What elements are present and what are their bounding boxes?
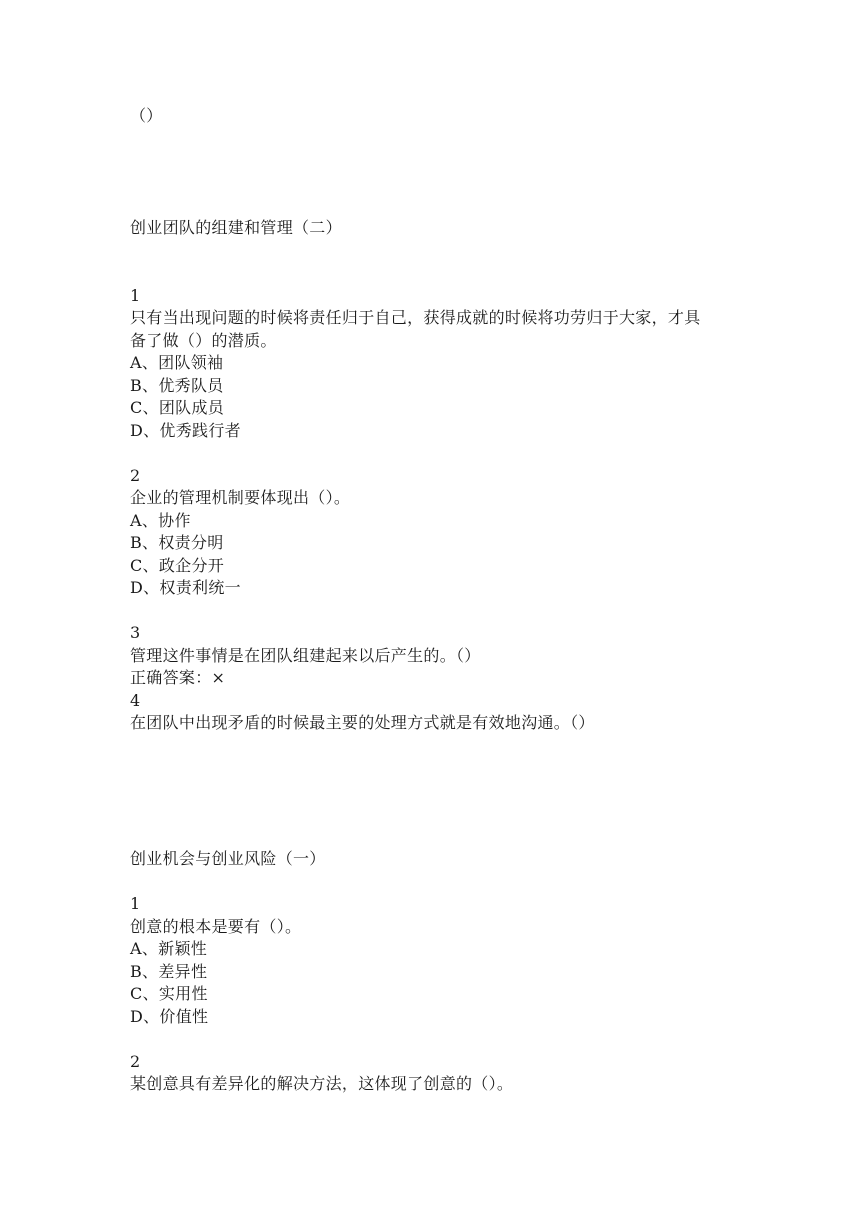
question-text: 在团队中出现矛盾的时候最主要的处理方式就是有效地沟通。（） [130, 713, 595, 733]
question-number: 1 [130, 894, 140, 914]
option: D、权责利统一 [130, 578, 241, 598]
option: D、优秀践行者 [130, 421, 241, 441]
question-text: 企业的管理机制要体现出（）。 [130, 488, 350, 508]
question-number: 3 [130, 623, 140, 643]
question-number: 4 [130, 691, 140, 711]
option: A、团队领袖 [130, 353, 223, 373]
question-text: 备了做（）的潜质。 [130, 331, 277, 351]
section-title: 创业团队的组建和管理（二） [130, 218, 342, 238]
correct-answer: 正确答案：× [130, 668, 225, 688]
option: B、差异性 [130, 962, 207, 982]
question-number: 1 [130, 286, 140, 306]
question-text: 只有当出现问题的时候将责任归于自己，获得成就的时候将功劳归于大家，才具 [130, 308, 701, 328]
question-text: 管理这件事情是在团队组建起来以后产生的。（） [130, 646, 481, 666]
question-text: 创意的根本是要有（）。 [130, 917, 301, 937]
question-text: 某创意具有差异化的解决方法，这体现了创意的（）。 [130, 1074, 513, 1094]
option: B、权责分明 [130, 533, 224, 553]
section-title: 创业机会与创业风险（一） [130, 849, 326, 869]
question-number: 2 [130, 1052, 140, 1072]
option: C、实用性 [130, 984, 208, 1004]
option: C、政企分开 [130, 556, 224, 576]
question-number: 2 [130, 466, 140, 486]
option: B、优秀队员 [130, 376, 224, 396]
option: A、新颖性 [130, 939, 207, 959]
option: C、团队成员 [130, 398, 224, 418]
option: D、价值性 [130, 1007, 208, 1027]
question-fragment: （） [130, 106, 163, 126]
option: A、协作 [130, 511, 191, 531]
